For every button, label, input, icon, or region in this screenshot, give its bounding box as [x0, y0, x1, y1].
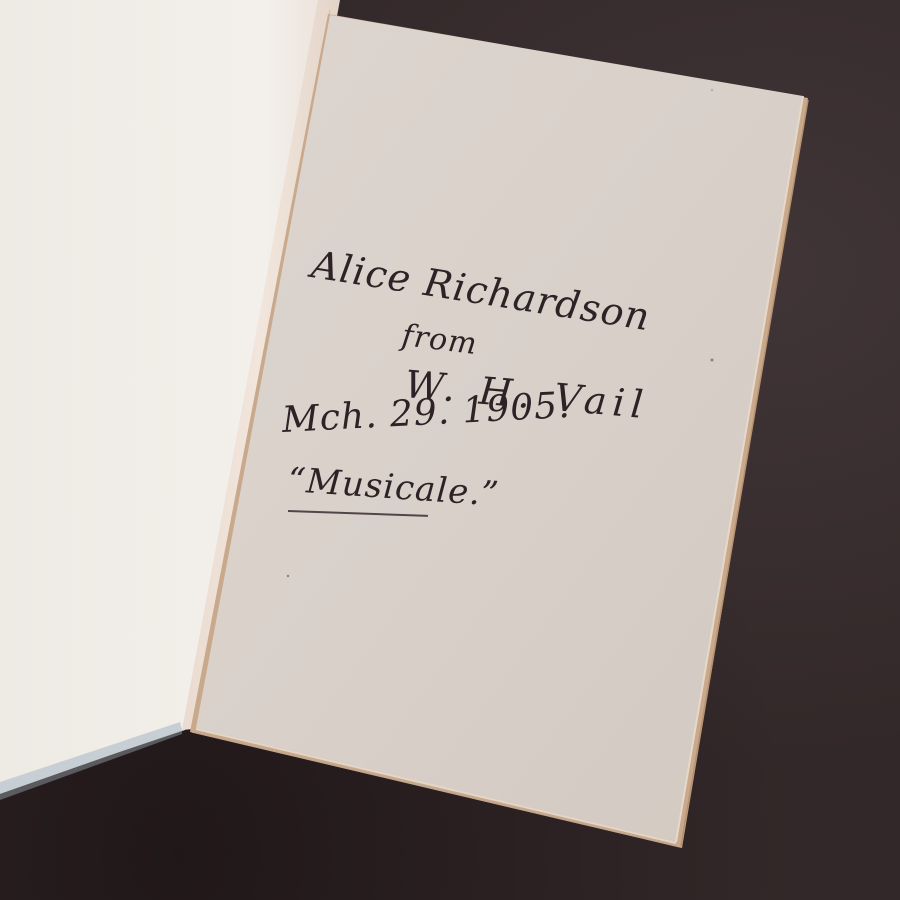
open-book: [0, 0, 900, 900]
